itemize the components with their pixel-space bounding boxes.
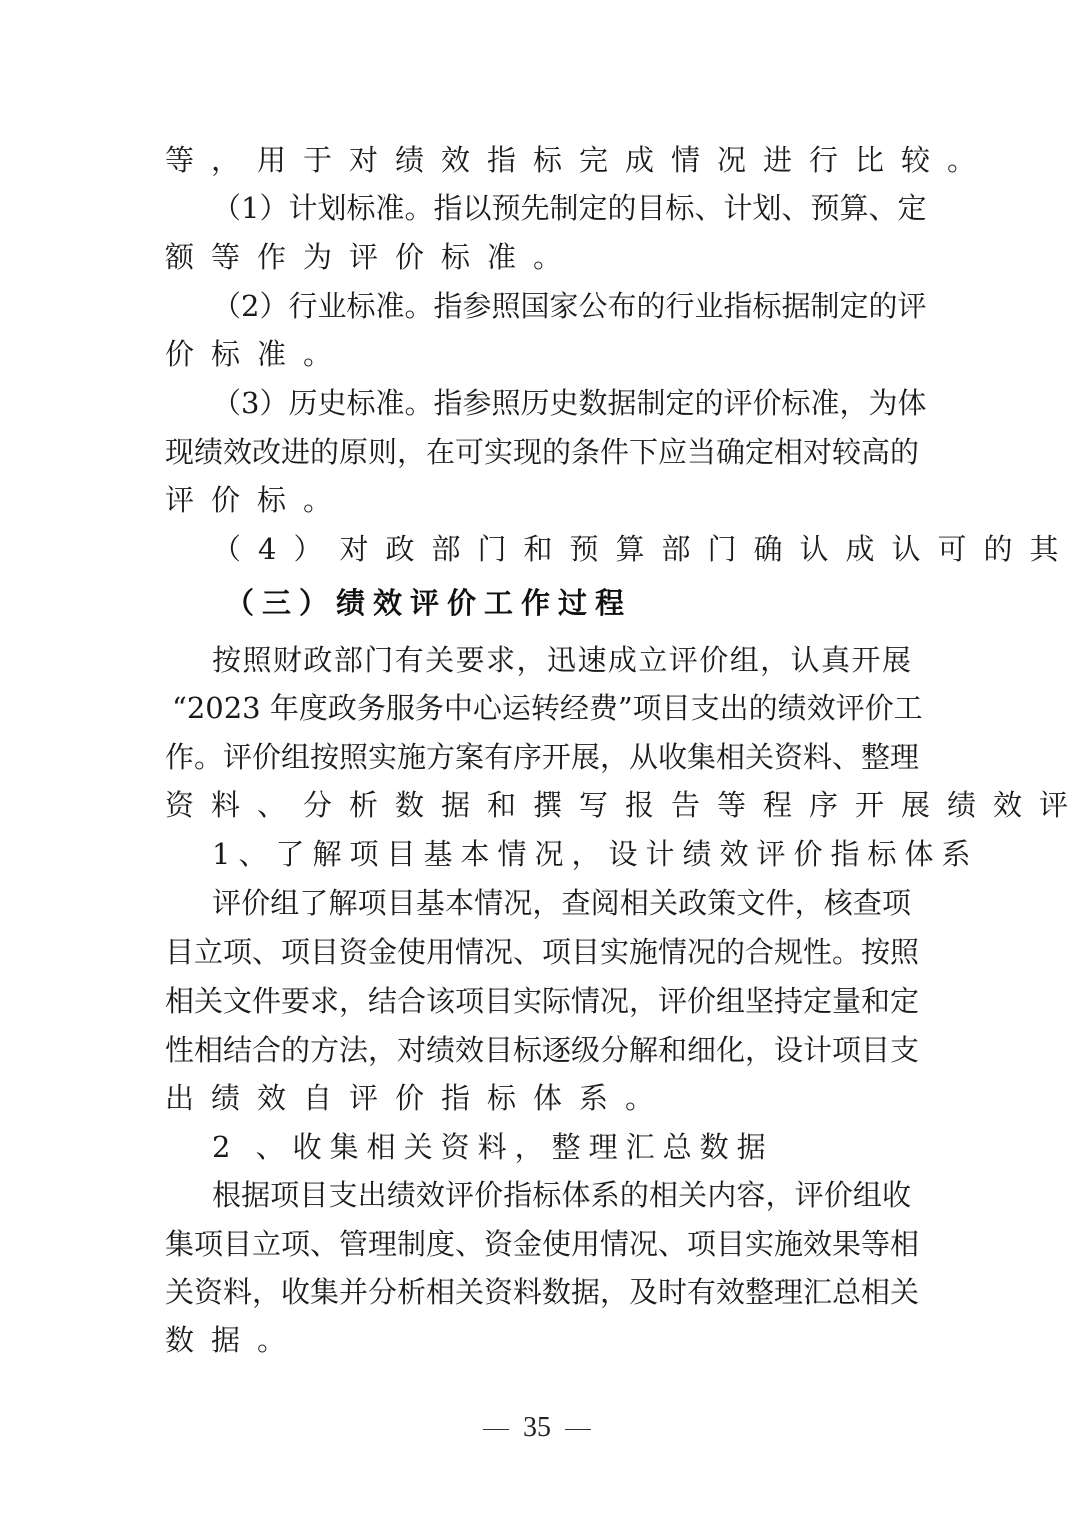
list-item-other-standards: （4）对政部门和预算部门确认成认可的其他标准。 xyxy=(212,527,911,571)
paragraph-step-1-line-2: 目立项、项目资金使用情况、项目实施情况的合规性。按照 xyxy=(165,930,911,974)
list-item-industry-standard-line-1: （2）行业标准。指参照国家公布的行业指标据制定的评 xyxy=(212,284,911,328)
paragraph-process-overview-line-4: 资料、分析数据和撰写报告等程序开展绩效评价工作。 xyxy=(165,783,911,827)
step-1-heading: 1、了解项目基本情况，设计绩效评价指标体系 xyxy=(212,832,911,876)
list-item-plan-standard-line-2: 额等作为评价标准。 xyxy=(165,235,911,279)
paragraph-step-1-line-4: 性相结合的方法，对绩效目标逐级分解和细化，设计项目支 xyxy=(165,1028,911,1072)
paragraph-step-2-line-4: 数据。 xyxy=(165,1318,911,1362)
section-heading-evaluation-process: （三）绩效评价工作过程 xyxy=(225,581,632,625)
step-2-heading: 2 、收集相关资料，整理汇总数据 xyxy=(212,1125,911,1169)
list-item-plan-standard-line-1: （1）计划标准。指以预先制定的目标、计划、预算、定 xyxy=(212,186,911,230)
paragraph-step-1-line-1: 评价组了解项目基本情况，查阅相关政策文件，核查项 xyxy=(212,881,911,925)
document-page: 等，用于对绩效指标完成情况进行比较。 （1）计划标准。指以预先制定的目标、计划、… xyxy=(0,0,1074,1520)
paragraph-step-2-line-3: 关资料，收集并分析相关资料数据，及时有效整理汇总相关 xyxy=(165,1270,911,1314)
dash-left-icon xyxy=(483,1429,509,1431)
paragraph-continuation-line: 等，用于对绩效指标完成情况进行比较。 xyxy=(165,138,911,182)
list-item-industry-standard-line-2: 价标准。 xyxy=(165,332,911,376)
list-item-historical-standard-line-1: （3）历史标准。指参照历史数据制定的评价标准，为体 xyxy=(212,381,911,425)
paragraph-step-2-line-2: 集项目立项、管理制度、资金使用情况、项目实施效果等相 xyxy=(165,1222,911,1266)
paragraph-step-1-line-3: 相关文件要求，结合该项目实际情况，评价组坚持定量和定 xyxy=(165,979,911,1023)
paragraph-step-2-line-1: 根据项目支出绩效评价指标体系的相关内容，评价组收 xyxy=(212,1173,911,1217)
paragraph-step-1-line-5: 出绩效自评价指标体系。 xyxy=(165,1076,911,1120)
paragraph-process-overview-line-1: 按照财政部门有关要求，迅速成立评价组，认真开展 xyxy=(212,638,911,682)
list-item-historical-standard-line-3: 评价标。 xyxy=(165,478,911,522)
page-footer: 35 xyxy=(0,1408,1074,1448)
list-item-historical-standard-line-2: 现绩效改进的原则，在可实现的条件下应当确定相对较高的 xyxy=(165,430,911,474)
paragraph-process-overview-line-2: “2023 年度政务服务中心运转经费”项目支出的绩效评价工 xyxy=(172,686,911,730)
paragraph-process-overview-line-3: 作。评价组按照实施方案有序开展，从收集相关资料、整理 xyxy=(165,735,911,779)
page-number: 35 xyxy=(523,1412,551,1443)
dash-right-icon xyxy=(565,1429,591,1431)
